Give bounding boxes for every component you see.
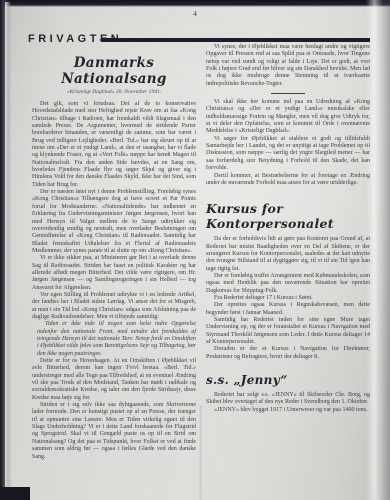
article-paragraph: Der er foreløbig truffet Arrangement med… xyxy=(206,273,370,295)
article-paragraph: Vi synes, der i Øjeblikket maa være henl… xyxy=(206,44,370,88)
article-paragraph: Fra Rederiet deltager 17 i Kursus i Søre… xyxy=(206,295,370,302)
article-paragraph: Det gik, som vi forudsaa. Det af de to k… xyxy=(32,101,196,189)
article-paragraph: Samtidig har Rederiet inden for sine egn… xyxy=(206,317,370,346)
masthead-rule xyxy=(99,38,370,43)
scanned-magazine-page: 4 FRIVAGTEN Danmarks Nationalsang «Krist… xyxy=(0,0,390,500)
article-title-kursus: Kursus for Kontorpersonalet xyxy=(206,201,370,231)
article-paragraph: Vor egen Stilling til Problemet udtrykte… xyxy=(32,292,196,321)
article-paragraph: Der oprettes ogsaa Kursus i Regnskabsvæs… xyxy=(206,302,370,317)
article-source-line: «Kristeligt Dagblad» 20. November 1941. xyxy=(32,89,196,95)
page-number: 4 xyxy=(0,9,390,18)
article-title-jenny: s.s. „Jenny“ xyxy=(206,373,370,387)
scan-corner-bottom-left xyxy=(0,487,30,500)
scan-edge-top xyxy=(0,0,390,7)
article-paragraph: Dertil kommer, at Bestræbelserne for at … xyxy=(206,173,370,188)
paper-edge-highlight xyxy=(5,2,11,500)
article-paragraph: Desuden er der et Kursus i Navigation fo… xyxy=(206,346,370,361)
paper-crease xyxy=(199,405,202,500)
article-paragraph: Rederiet har solgt s.s. «JENNY» til Skib… xyxy=(206,392,370,407)
right-column: Vi synes, der i Øjeblikket maa være henl… xyxy=(206,44,370,414)
article-paragraph: Vi er ikke sikker paa, at Ministeren gør… xyxy=(32,255,196,292)
article-paragraph: Dette er for os Hovedsagen. At en Omskif… xyxy=(32,358,196,402)
article-paragraph: «JENNY» blev bygget 1917 i Unterweser og… xyxy=(206,407,370,414)
section-separator xyxy=(271,93,305,94)
article-paragraph: Vi skal ikke her komme ind paa en Udredn… xyxy=(206,99,370,136)
article-paragraph: Der er næsten intet nyt i denne Problems… xyxy=(32,189,196,255)
article-paragraph: Vi søger for Øjeblikket at etablere et g… xyxy=(206,136,370,173)
article-title-nationalsang: Danmarks Nationalsang xyxy=(32,55,196,87)
article-quote-paragraph: Tiden er ikke inde til nogen som helst i… xyxy=(32,321,196,358)
article-paragraph: Da der er forholdsvis lidt at gøre paa K… xyxy=(206,236,370,273)
article-paragraph: Striden er i sig selv ikke saa dybtgaaen… xyxy=(32,402,196,461)
left-column: Danmarks Nationalsang «Kristeligt Dagbla… xyxy=(32,55,196,461)
